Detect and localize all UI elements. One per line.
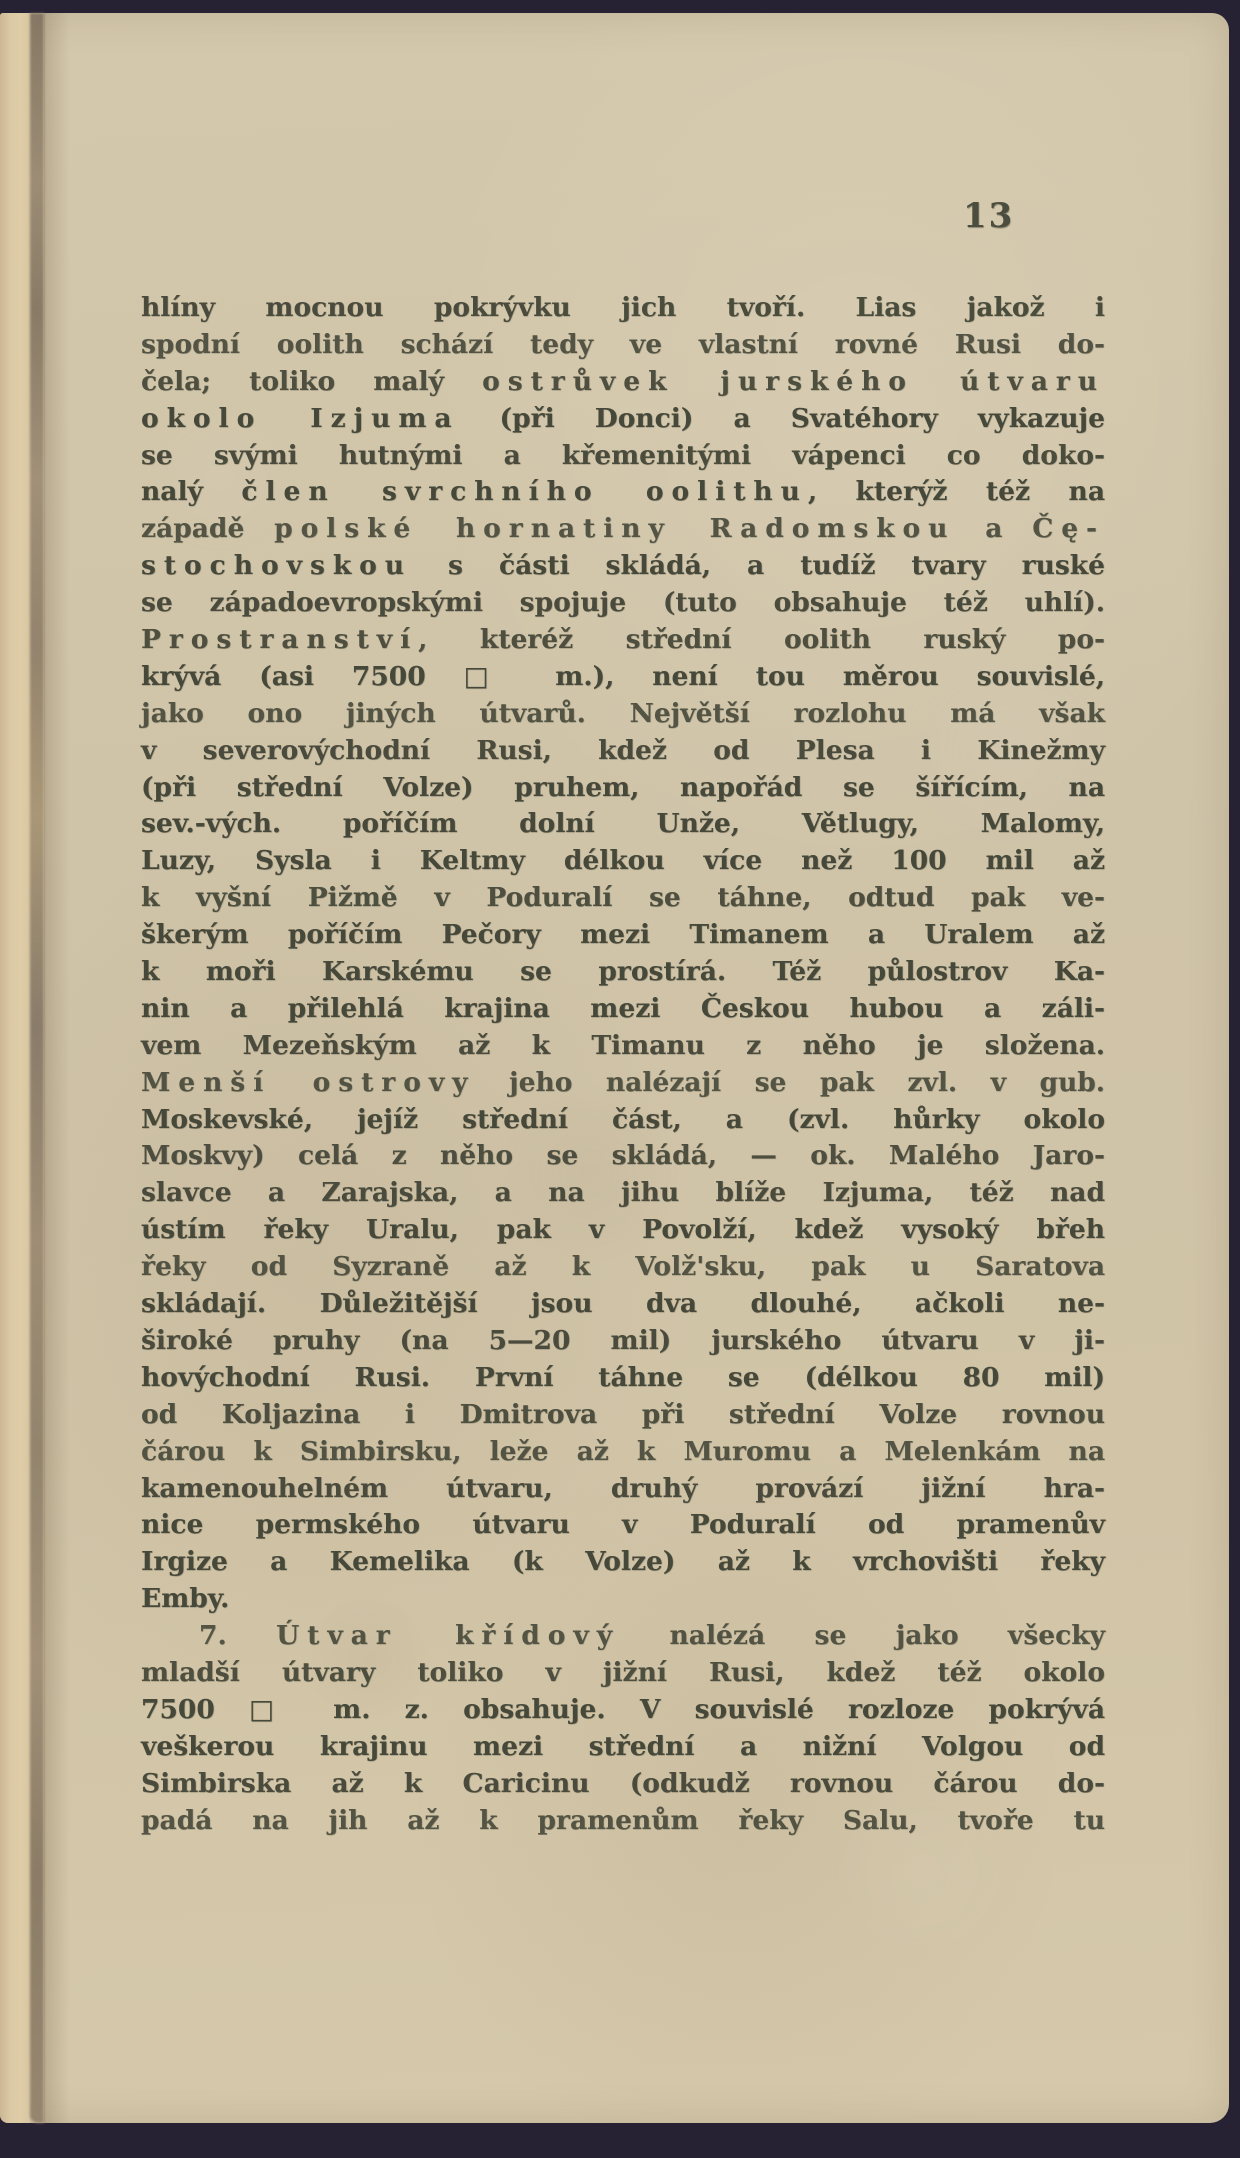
text-line: spodní oolith schází tedy ve vlastní rov…: [141, 327, 1105, 364]
text-segment: jeho nalézají se pak zvl. v gub.: [476, 1067, 1105, 1098]
text-segment: (při Donci) a Svatéhory vykazuje: [459, 403, 1105, 434]
text-segment: k moři Karskému se prostírá. Též půlostr…: [141, 956, 1105, 987]
text-segment: se svými hutnými a křemenitými vápenci c…: [141, 440, 1105, 471]
text-segment: (při střední Volze) pruhem, napořád se š…: [141, 772, 1105, 803]
letterspaced-text: Čę-: [1032, 513, 1105, 544]
text-line: k vyšní Pižmě v Poduralí se táhne, odtud…: [141, 880, 1105, 917]
text-segment: , kterýž též na: [808, 476, 1105, 507]
text-segment: v severovýchodní Rusi, kdež od Plesa i K…: [141, 735, 1105, 766]
text-segment: se západoevropskými spojuje (tuto obsahu…: [141, 587, 1105, 618]
text-segment: široké pruhy (na 5—20 mil) jurského útva…: [141, 1325, 1105, 1356]
letterspaced-text: Prostranství: [141, 624, 418, 655]
text-line: čela; toliko malý ostrůvek jurského útva…: [141, 364, 1105, 401]
text-line: sev.-vých. poříčím dolní Unže, Větlugy, …: [141, 806, 1105, 843]
letterspaced-text: Útvar křídový: [276, 1620, 620, 1651]
facing-page-edge: [0, 13, 30, 2123]
text-line: nice permského útvaru v Poduralí od pram…: [141, 1507, 1105, 1544]
scan-background: 13 hlíny mocnou pokrývku jich tvoří. Lia…: [0, 0, 1240, 2158]
text-line: Moskvy) celá z něho se skládá, — ok. Mal…: [141, 1138, 1105, 1175]
letterspaced-text: okolo Izjuma: [141, 403, 459, 434]
text-segment: Moskevské, jejíž střední část, a (zvl. h…: [141, 1104, 1105, 1135]
text-segment: nice permského útvaru v Poduralí od pram…: [141, 1509, 1105, 1540]
text-line: škerým poříčím Pečory mezi Timanem a Ura…: [141, 917, 1105, 954]
text-segment: hovýchodní Rusi. První táhne se (délkou …: [141, 1362, 1105, 1393]
text-line: (při střední Volze) pruhem, napořád se š…: [141, 770, 1105, 807]
text-line: slavce a Zarajska, a na jihu blíže Izjum…: [141, 1175, 1105, 1212]
text-line: mladší útvary toliko v jižní Rusi, kdež …: [141, 1655, 1105, 1692]
text-line: západě polské hornatiny Radomskou a Čę-: [141, 511, 1105, 548]
text-segment: ústím řeky Uralu, pak v Povolží, kdež vy…: [141, 1214, 1105, 1245]
page-number: 13: [963, 196, 1023, 236]
text-line: 7. Útvar křídový nalézá se jako všecky: [141, 1618, 1105, 1655]
text-segment: západě: [141, 513, 274, 544]
book-page-scan: 13 hlíny mocnou pokrývku jich tvoří. Lia…: [0, 13, 1229, 2123]
page-gutter-shadow: [30, 13, 44, 2123]
text-line: veškerou krajinu mezi střední a nižní Vo…: [141, 1729, 1105, 1766]
text-segment: 7.: [199, 1620, 276, 1651]
text-line: padá na jih až k pramenům řeky Salu, tvo…: [141, 1803, 1105, 1840]
text-segment: padá na jih až k pramenům řeky Salu, tvo…: [141, 1805, 1105, 1836]
text-segment: Luzy, Sysla i Keltmy délkou více než 100…: [141, 845, 1105, 876]
text-line: Menší ostrovy jeho nalézají se pak zvl. …: [141, 1065, 1105, 1102]
text-segment: hlíny mocnou pokrývku jich tvoří. Lias j…: [141, 292, 1105, 323]
letterspaced-text: ostrůvek jurského útvaru: [482, 366, 1105, 397]
text-segment: krývá (asi 7500 □ m.), není tou měrou so…: [141, 661, 1105, 692]
text-segment: sev.-vých. poříčím dolní Unže, Větlugy, …: [141, 808, 1105, 839]
text-segment: Simbirska až k Caricinu (odkudž rovnou č…: [141, 1768, 1105, 1799]
text-line: Emby.: [141, 1581, 1105, 1618]
letterspaced-text: člen svrchního oolithu: [241, 476, 807, 507]
text-segment: nalézá se jako všecky: [620, 1620, 1105, 1651]
text-segment: řeky od Syzraně až k Volž'sku, pak u Sar…: [141, 1251, 1105, 1282]
text-segment: nin a přilehlá krajina mezi Českou hubou…: [141, 993, 1105, 1024]
text-line: krývá (asi 7500 □ m.), není tou měrou so…: [141, 659, 1105, 696]
text-segment: , kteréž střední oolith ruský po-: [418, 624, 1105, 655]
text-segment: od Koljazina i Dmitrova při střední Volz…: [141, 1399, 1105, 1430]
text-line: k moři Karskému se prostírá. Též půlostr…: [141, 954, 1105, 991]
text-line: ústím řeky Uralu, pak v Povolží, kdež vy…: [141, 1212, 1105, 1249]
text-segment: slavce a Zarajska, a na jihu blíže Izjum…: [141, 1177, 1105, 1208]
text-segment: kamenouhelném útvaru, druhý provází jižn…: [141, 1473, 1105, 1504]
text-line: se západoevropskými spojuje (tuto obsahu…: [141, 585, 1105, 622]
text-line: od Koljazina i Dmitrova při střední Volz…: [141, 1397, 1105, 1434]
text-segment: čárou k Simbirsku, leže až k Muromu a Me…: [141, 1436, 1105, 1467]
text-line: 7500 □ m. z. obsahuje. V souvislé rozloz…: [141, 1692, 1105, 1729]
text-line: okolo Izjuma (při Donci) a Svatéhory vyk…: [141, 401, 1105, 438]
text-line: hovýchodní Rusi. První táhne se (délkou …: [141, 1360, 1105, 1397]
text-segment: nalý: [141, 476, 241, 507]
letterspaced-text: Menší ostrovy: [141, 1067, 476, 1098]
text-line: v severovýchodní Rusi, kdež od Plesa i K…: [141, 733, 1105, 770]
text-segment: mladší útvary toliko v jižní Rusi, kdež …: [141, 1657, 1105, 1688]
text-segment: škerým poříčím Pečory mezi Timanem a Ura…: [141, 919, 1105, 950]
text-line: skládají. Důležitější jsou dva dlouhé, a…: [141, 1286, 1105, 1323]
text-line: nalý člen svrchního oolithu, kterýž též …: [141, 474, 1105, 511]
text-line: Moskevské, jejíž střední část, a (zvl. h…: [141, 1102, 1105, 1139]
text-segment: Emby.: [141, 1583, 229, 1614]
text-line: Simbirska až k Caricinu (odkudž rovnou č…: [141, 1766, 1105, 1803]
text-segment: k vyšní Pižmě v Poduralí se táhne, odtud…: [141, 882, 1105, 913]
text-line: se svými hutnými a křemenitými vápenci c…: [141, 438, 1105, 475]
text-segment: vem Mezeňským až k Timanu z něho je slož…: [141, 1030, 1105, 1061]
text-segment: čela; toliko malý: [141, 366, 482, 397]
text-segment: spodní oolith schází tedy ve vlastní rov…: [141, 329, 1105, 360]
text-segment: 7500 □ m. z. obsahuje. V souvislé rozloz…: [141, 1694, 1105, 1725]
body-text: hlíny mocnou pokrývku jich tvoří. Lias j…: [141, 290, 1105, 1839]
text-segment: jako ono jiných útvarů. Největší rozlohu…: [141, 698, 1105, 729]
text-segment: Irgize a Kemelika (k Volze) až k vrchovi…: [141, 1546, 1105, 1577]
gutter-soft-shadow: [44, 13, 70, 2123]
text-segment: Moskvy) celá z něho se skládá, — ok. Mal…: [141, 1140, 1105, 1171]
text-line: nin a přilehlá krajina mezi Českou hubou…: [141, 991, 1105, 1028]
text-line: Prostranství, kteréž střední oolith rusk…: [141, 622, 1105, 659]
text-line: Irgize a Kemelika (k Volze) až k vrchovi…: [141, 1544, 1105, 1581]
text-line: jako ono jiných útvarů. Největší rozlohu…: [141, 696, 1105, 733]
text-line: stochovskou s části skládá, a tudíž tvar…: [141, 548, 1105, 585]
letterspaced-text: stochovskou: [141, 550, 412, 581]
letterspaced-text: polské hornatiny Radomskou: [274, 513, 955, 544]
text-line: vem Mezeňským až k Timanu z něho je slož…: [141, 1028, 1105, 1065]
text-segment: a: [955, 513, 1032, 544]
text-line: kamenouhelném útvaru, druhý provází jižn…: [141, 1471, 1105, 1508]
text-line: čárou k Simbirsku, leže až k Muromu a Me…: [141, 1434, 1105, 1471]
text-line: Luzy, Sysla i Keltmy délkou více než 100…: [141, 843, 1105, 880]
text-line: široké pruhy (na 5—20 mil) jurského útva…: [141, 1323, 1105, 1360]
text-line: řeky od Syzraně až k Volž'sku, pak u Sar…: [141, 1249, 1105, 1286]
text-segment: veškerou krajinu mezi střední a nižní Vo…: [141, 1731, 1105, 1762]
text-segment: skládají. Důležitější jsou dva dlouhé, a…: [141, 1288, 1105, 1319]
text-line: hlíny mocnou pokrývku jich tvoří. Lias j…: [141, 290, 1105, 327]
text-segment: s části skládá, a tudíž tvary ruské: [412, 550, 1105, 581]
